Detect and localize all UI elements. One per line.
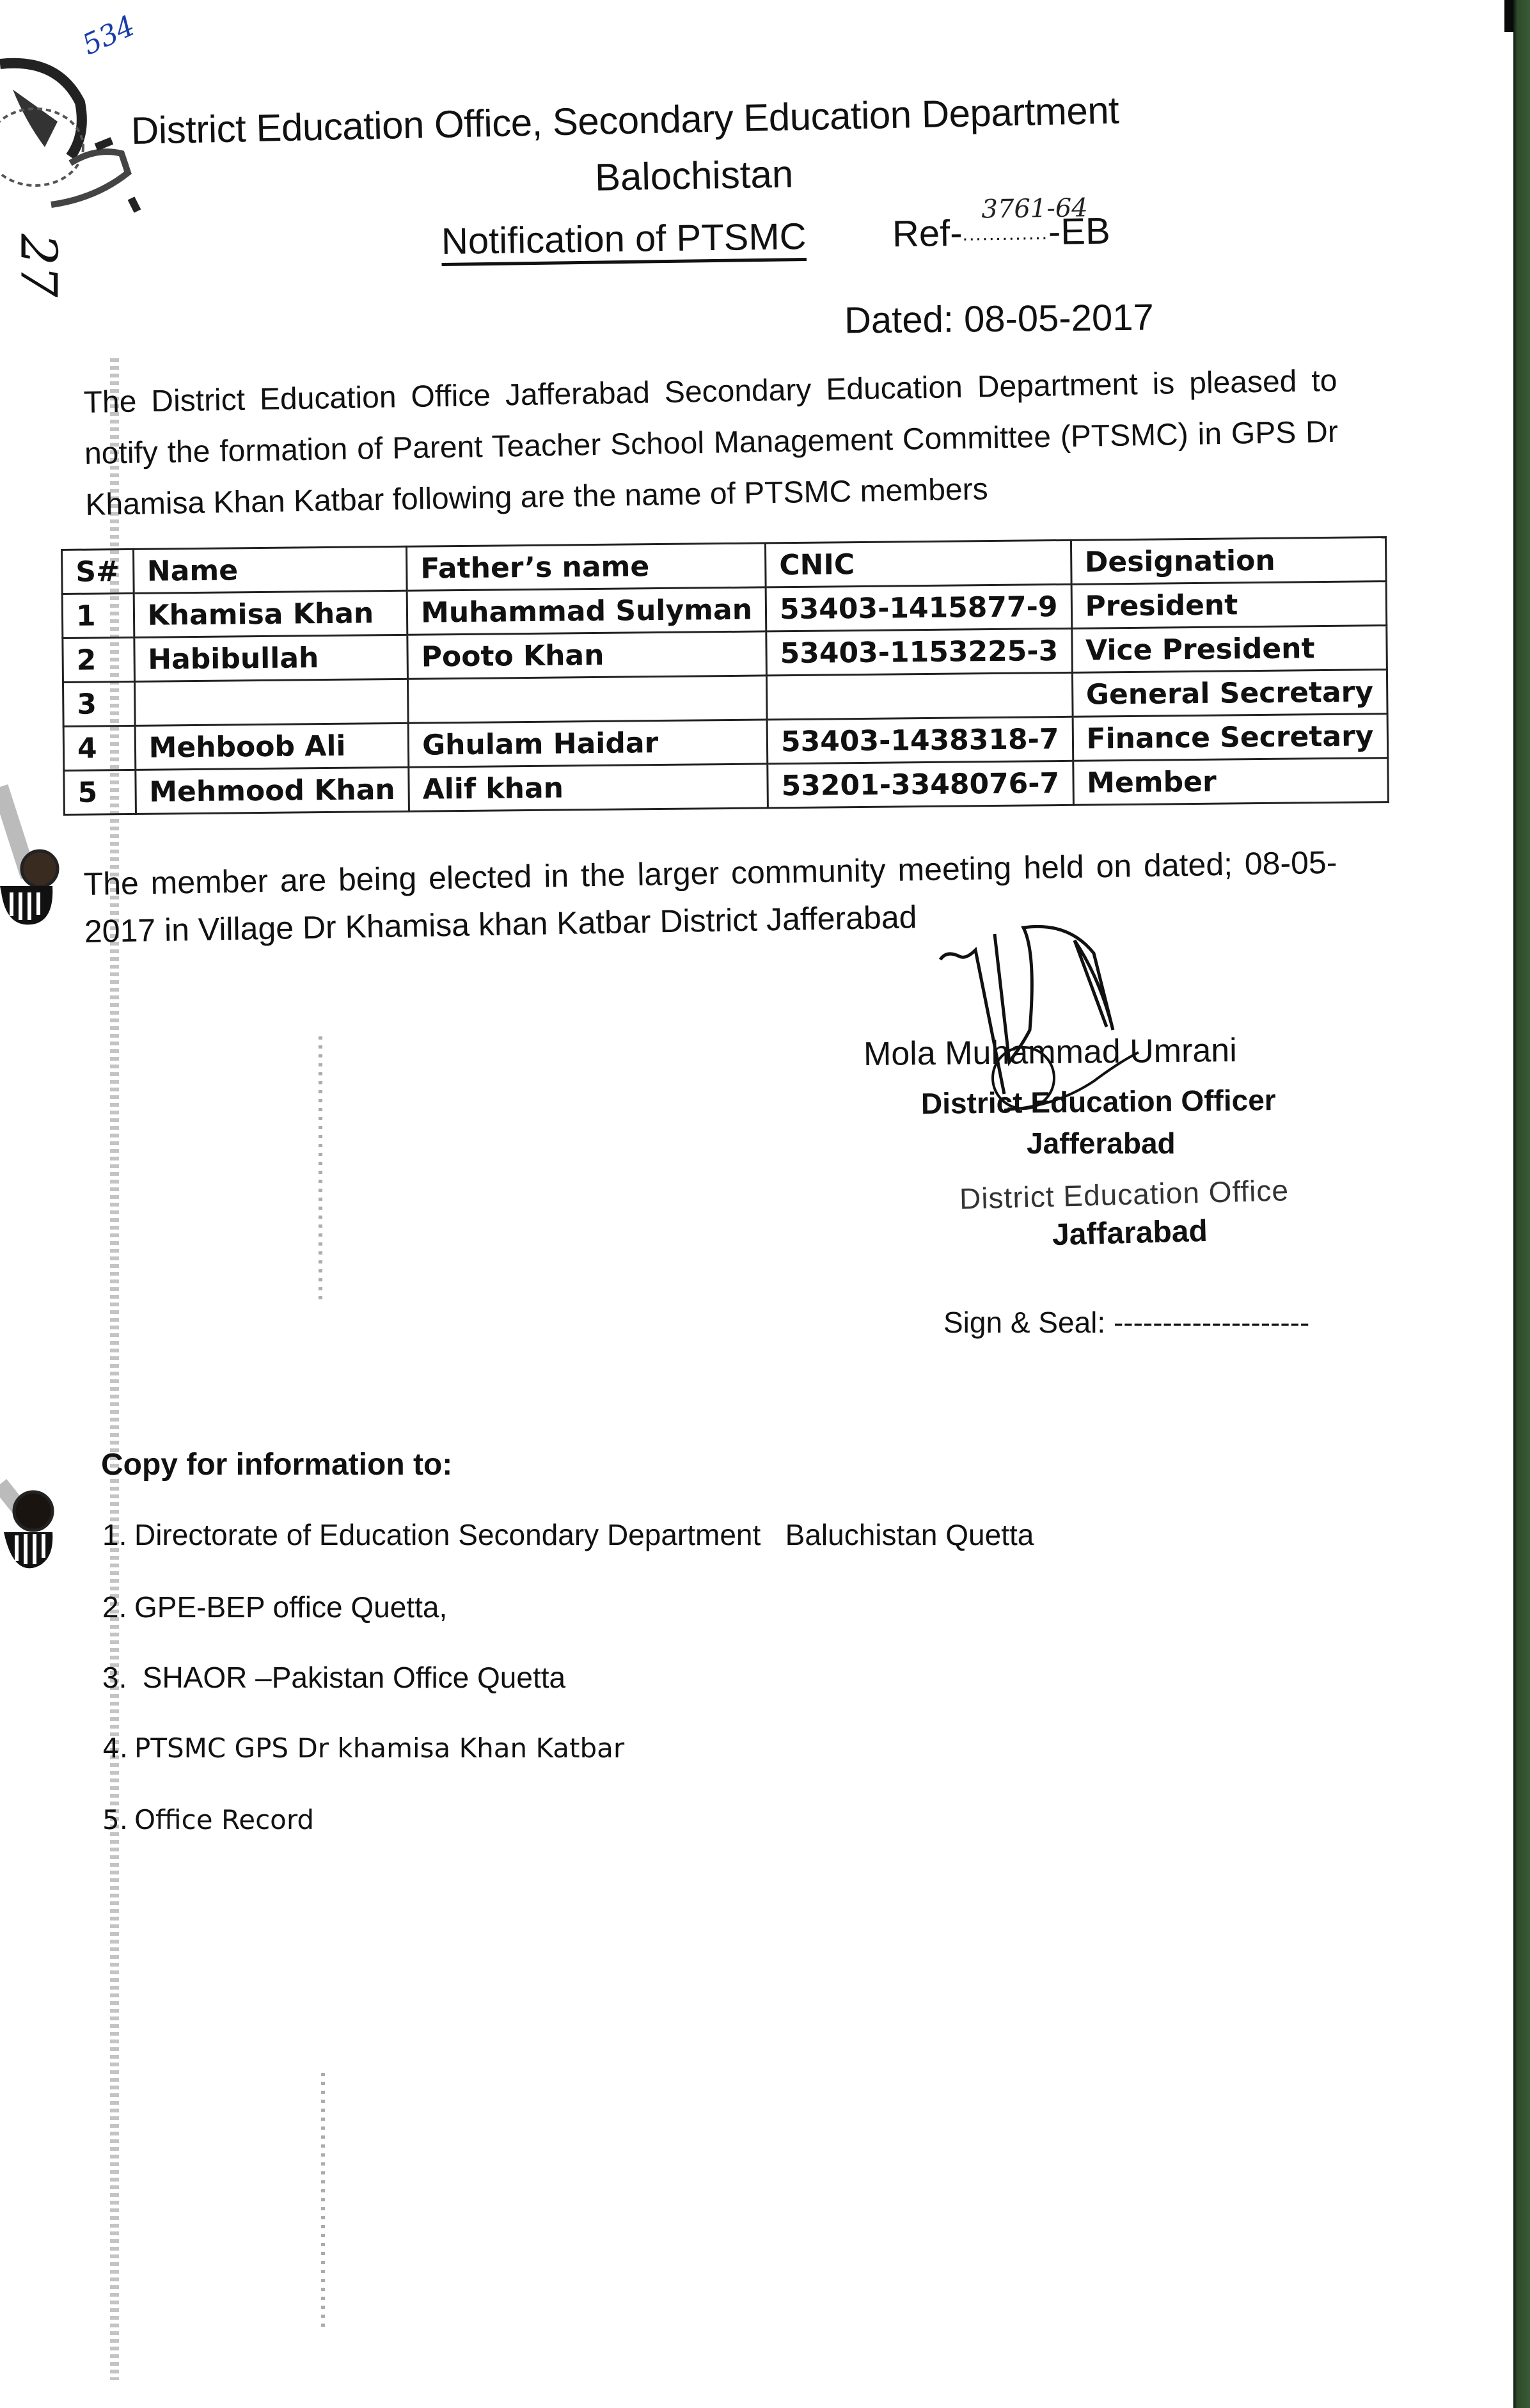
- binder-ring-icon: [0, 1459, 64, 1587]
- list-item-text: GPE-BEP office Quetta,: [134, 1590, 447, 1624]
- list-item: 4.PTSMC GPS Dr khamisa Khan Katbar: [102, 1732, 624, 1764]
- ref-dotted-blank: .............: [962, 223, 1048, 245]
- government-emblem-icon: [0, 51, 147, 218]
- cell-name: Mehmood Khan: [135, 767, 409, 814]
- ref-prefix: Ref-: [892, 212, 963, 255]
- fold-line-artifact: [321, 2073, 325, 2329]
- office-seal-line1: District Education Office: [959, 1173, 1289, 1216]
- cell-cnic: 53403-1438318-7: [767, 717, 1073, 764]
- column-header-name: Name: [133, 546, 407, 593]
- cell-cnic: 53403-1415877-9: [766, 584, 1071, 631]
- column-header-designation: Designation: [1071, 537, 1386, 585]
- ptsmc-members-table: S# Name Father’s name CNIC Designation 1…: [61, 536, 1389, 816]
- fold-line-artifact: [319, 1036, 322, 1305]
- cell-father-name: Ghulam Haidar: [408, 720, 768, 767]
- copy-to-heading: Copy for information to:: [101, 1447, 452, 1482]
- list-item-number: 4.: [102, 1732, 134, 1764]
- intro-paragraph: The District Education Office Jafferabad…: [83, 356, 1339, 531]
- cell-name: [134, 679, 408, 725]
- cell-sn: 5: [64, 770, 136, 814]
- binder-ring-icon: [0, 768, 64, 934]
- list-item-number: 2.: [102, 1590, 134, 1624]
- cell-father-name: Pooto Khan: [407, 631, 767, 679]
- list-item-text: Office Record: [134, 1804, 314, 1835]
- ref-handwritten-number: 3761-64: [981, 193, 1088, 224]
- office-seal-line2: Jaffarabad: [1052, 1214, 1208, 1253]
- list-item-text: SHAOR –Pakistan Office Quetta: [134, 1661, 565, 1694]
- cell-father-name: [408, 676, 768, 723]
- signatory-title: District Education Officer: [921, 1082, 1276, 1121]
- cell-sn: 4: [63, 725, 135, 770]
- signatory-name: Mola Muhammad Umrani: [864, 1031, 1237, 1073]
- sign-seal-blank: --------------------: [1114, 1306, 1309, 1339]
- list-item-number: 3.: [102, 1660, 134, 1695]
- cell-designation: President: [1071, 582, 1387, 629]
- handwritten-margin-number: 27: [10, 234, 67, 297]
- list-item-number: 1.: [102, 1517, 134, 1552]
- cell-sn: 2: [63, 637, 134, 682]
- column-header-father-name: Father’s name: [407, 543, 766, 590]
- cell-name: Mehboob Ali: [135, 723, 409, 770]
- cell-designation: General Secretary: [1072, 670, 1387, 717]
- cell-name: Habibullah: [134, 635, 407, 681]
- notification-date: Dated: 08-05-2017: [844, 296, 1154, 342]
- signatory-city: Jafferabad: [1027, 1126, 1176, 1160]
- column-header-sn: S#: [62, 549, 134, 594]
- cell-designation: Vice President: [1071, 626, 1387, 673]
- cell-name: Khamisa Khan: [134, 590, 407, 637]
- cell-cnic: 53201-3348076-7: [768, 761, 1073, 808]
- column-header-cnic: CNIC: [766, 540, 1071, 587]
- list-item-text: PTSMC GPS Dr khamisa Khan Katbar: [134, 1732, 624, 1764]
- cell-designation: Finance Secretary: [1073, 714, 1388, 761]
- sign-seal-label: Sign & Seal:: [943, 1306, 1105, 1339]
- cell-father-name: Alif khan: [409, 764, 768, 811]
- office-heading: District Education Office, Secondary Edu…: [130, 88, 1119, 153]
- list-item: 1.Directorate of Education Secondary Dep…: [102, 1517, 1034, 1552]
- list-item: 5.Office Record: [102, 1804, 314, 1835]
- scan-edge-background: [1513, 0, 1530, 2408]
- sign-and-seal-field: Sign & Seal: --------------------: [943, 1305, 1309, 1340]
- list-item: 3. SHAOR –Pakistan Office Quetta: [102, 1660, 565, 1695]
- province-heading: Balochistan: [594, 152, 793, 199]
- list-item-number: 5.: [102, 1804, 134, 1835]
- reference-number: Ref-.............-EB 3761-64: [892, 210, 1111, 256]
- notification-title: Notification of PTSMC: [441, 215, 807, 263]
- cell-sn: 3: [63, 681, 135, 726]
- cell-father-name: Muhammad Sulyman: [407, 587, 766, 635]
- cell-cnic: 53403-1153225-3: [766, 628, 1072, 676]
- cell-cnic: [766, 672, 1072, 720]
- cell-sn: 1: [62, 593, 134, 638]
- list-item: 2.GPE-BEP office Quetta,: [102, 1590, 447, 1624]
- list-item-text: Directorate of Education Secondary Depar…: [134, 1518, 1034, 1551]
- cell-designation: Member: [1073, 758, 1388, 805]
